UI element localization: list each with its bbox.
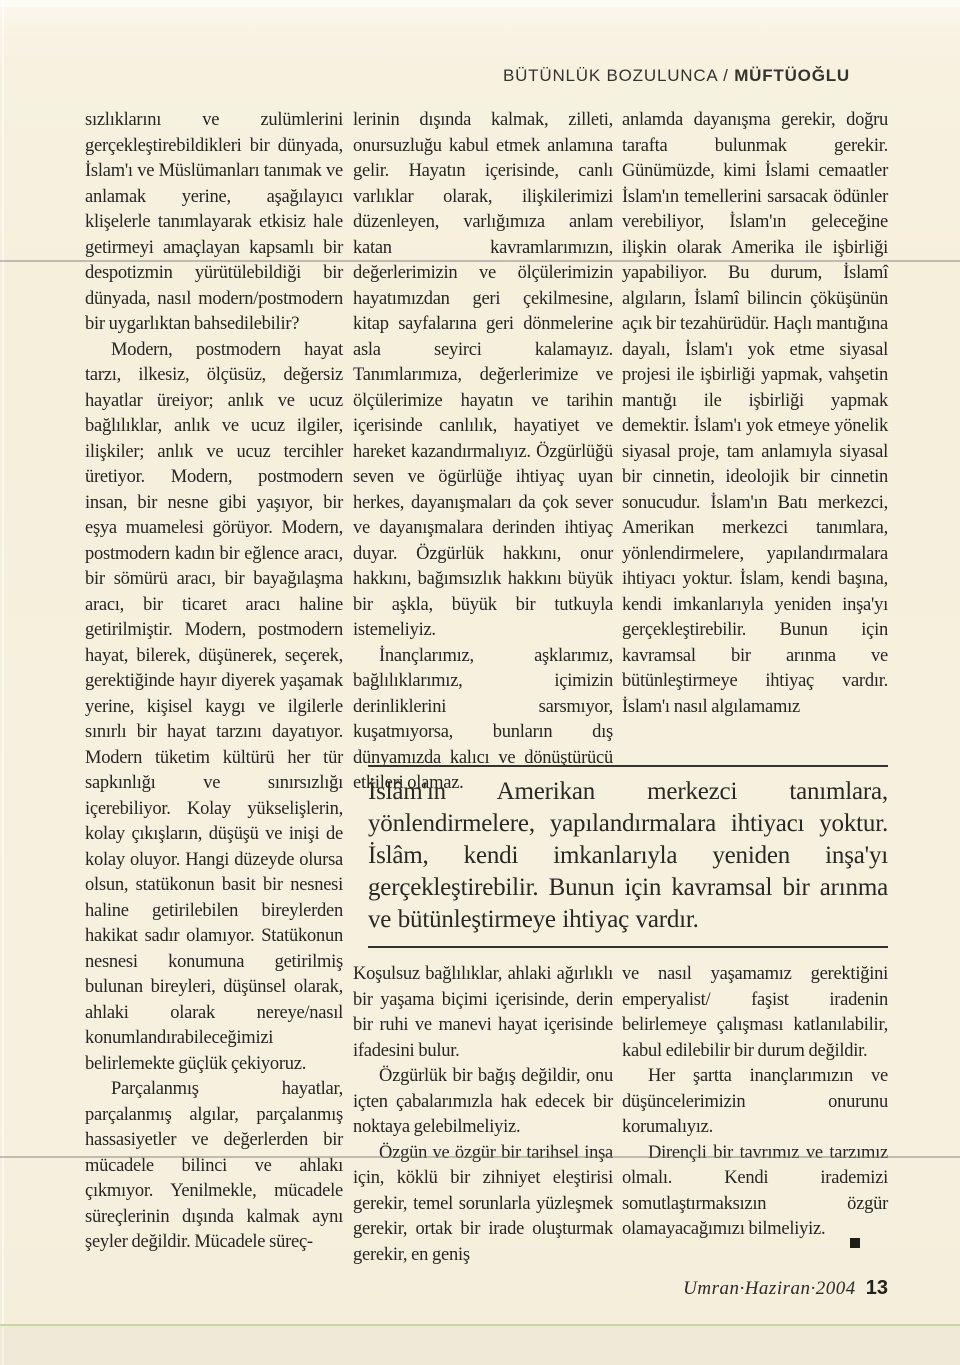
page-number: 13 [866, 1277, 888, 1299]
paragraph: lerinin dışında kalmak, zilleti, onursuz… [353, 108, 613, 644]
journal-citation: Umran·Haziran·2004 [683, 1278, 856, 1299]
scan-left-edge [2, 0, 4, 1365]
end-of-article-marker [850, 1238, 860, 1248]
scan-artifact-line [0, 260, 960, 262]
paragraph: anlamda dayanışma gerekir, doğru tarafta… [622, 108, 888, 720]
paragraph: Özgürlük bir bağış değildir, onu içten ç… [353, 1064, 613, 1141]
text-column-1: sızlıklarını ve zulümlerini gerçekleştir… [85, 108, 343, 1256]
paragraph: Koşulsuz bağlılıklar, ahlaki ağırlıklı b… [353, 962, 613, 1064]
running-header: BÜTÜNLÜK BOZULUNCA / MÜFTÜOĞLU [503, 66, 850, 86]
paragraph: Modern, postmodern hayat tarzı, ilkesiz,… [85, 338, 343, 1078]
paragraph: ve nasıl yaşamamız gerektiğini emperyali… [622, 962, 888, 1064]
running-header-section: BÜTÜNLÜK BOZULUNCA / [503, 66, 734, 85]
pull-quote-text: İslâm'ın Amerikan merkezci tanımlara, yö… [368, 778, 888, 933]
text-column-2-lower: Koşulsuz bağlılıklar, ahlaki ağırlıklı b… [353, 962, 613, 1268]
running-header-author: MÜFTÜOĞLU [734, 66, 850, 85]
paragraph: Parçalanmış hayatlar, parçalanmış algıla… [85, 1077, 343, 1256]
paragraph: sızlıklarını ve zulümlerini gerçekleştir… [85, 108, 343, 338]
magazine-page: { "header": { "section_title": "BÜTÜNLÜK… [0, 0, 960, 1365]
text-column-3-lower: ve nasıl yaşamamız gerektiğini emperyali… [622, 962, 888, 1243]
scan-top-strip [0, 0, 960, 7]
text-column-2-upper: lerinin dışında kalmak, zilleti, onursuz… [353, 108, 613, 797]
text-column-3-upper: anlamda dayanışma gerekir, doğru tarafta… [622, 108, 888, 720]
paragraph: Her şartta inançlarımızın ve düşünceleri… [622, 1064, 888, 1141]
paragraph: Özgün ve özgür bir tarihsel inşa için, k… [353, 1141, 613, 1269]
scan-artifact-line [0, 1156, 960, 1158]
page-footer: Umran·Haziran·200413 [683, 1277, 888, 1300]
page-bottom-band [0, 1326, 960, 1365]
pull-quote: İslâm'ın Amerikan merkezci tanımlara, yö… [368, 765, 888, 948]
